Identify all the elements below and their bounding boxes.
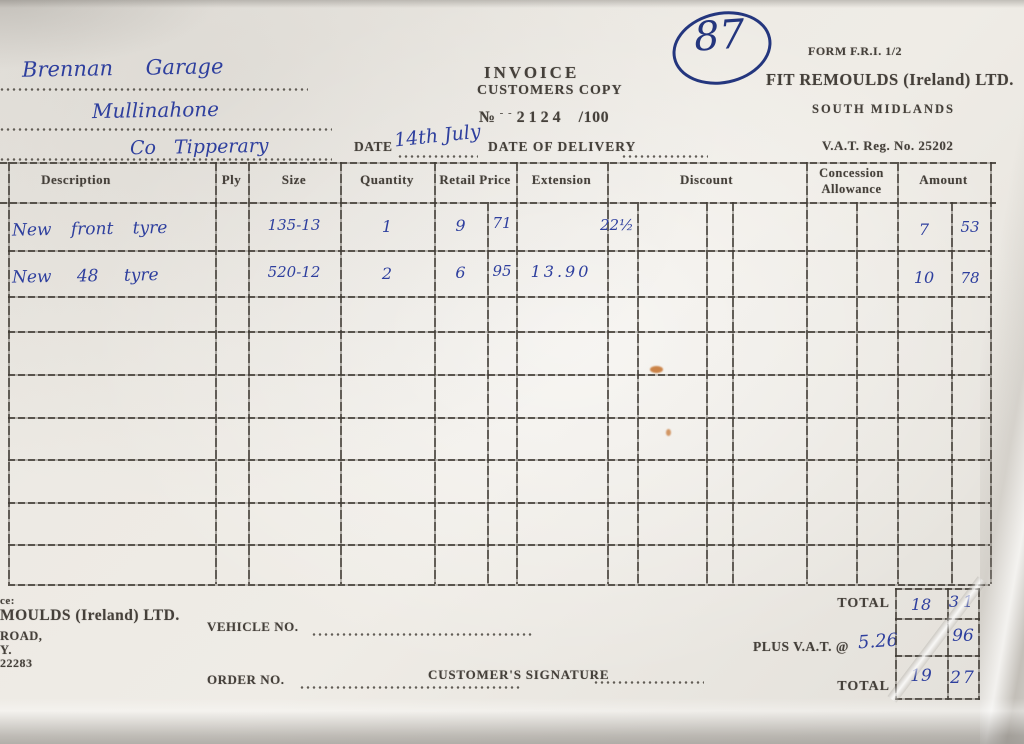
grand-total-pence: 27	[948, 668, 978, 688]
subtotal-label: TOTAL	[790, 596, 890, 612]
grand-total-label: TOTAL	[790, 679, 890, 695]
vehicle-no-ruled-line	[312, 633, 532, 636]
scanned-invoice-sheet: Brennan Garage Mullinahone Co Tipperary …	[0, 0, 1024, 744]
grid-line	[706, 202, 708, 584]
grid-line	[215, 162, 217, 584]
stain-mark	[650, 366, 663, 373]
grid-line	[8, 296, 990, 298]
grid-line	[8, 459, 990, 461]
grid-line	[0, 162, 996, 164]
copy-type-label: CUSTOMERS COPY	[477, 83, 623, 99]
delivery-date-label: DATE OF DELIVERY	[488, 139, 636, 155]
subtotal-pence: 31	[948, 592, 978, 611]
supplier-fragment-line: ce:	[0, 595, 15, 607]
supplier-fragment-line: MOULDS (Ireland) LTD.	[0, 607, 180, 625]
row2-size: 520-12	[250, 263, 338, 281]
col-header-concession-line1: Concession	[806, 166, 897, 181]
row2-amount-pence: 78	[951, 269, 989, 287]
grid-line	[895, 618, 980, 620]
customer-name-handwritten: Brennan Garage	[22, 54, 224, 82]
grid-line	[8, 544, 990, 546]
grid-line	[8, 250, 990, 252]
subtotal-pounds: 18	[898, 595, 944, 614]
row2-retail-pence: 95	[488, 262, 516, 280]
grid-line	[990, 162, 992, 584]
row1-quantity: 1	[342, 217, 432, 236]
ruled-line	[0, 128, 332, 131]
grid-line	[806, 162, 808, 584]
date-ruled-line	[398, 155, 478, 158]
grid-line	[637, 202, 639, 584]
col-header-discount: Discount	[607, 172, 806, 188]
row1-amount-pence: 53	[951, 218, 989, 236]
col-header-amount: Amount	[897, 172, 990, 188]
stamp-dashes: - -	[500, 107, 513, 119]
grid-line	[8, 374, 990, 376]
grid-line	[8, 162, 10, 584]
form-reference: FORM F.R.I. 1/2	[808, 44, 902, 59]
row1-retail-pounds: 9	[436, 216, 485, 235]
grid-line	[487, 202, 489, 584]
paper-edge-right	[980, 0, 1024, 744]
invoice-title: INVOICE	[484, 63, 579, 83]
vat-rate-handwritten: 5.26	[857, 630, 898, 654]
supplier-fragment-line: 22283	[0, 656, 33, 671]
grid-line	[895, 698, 980, 700]
date-label: DATE	[354, 139, 393, 155]
grid-line	[895, 588, 980, 590]
row2-description: New 48 tyre	[12, 264, 202, 287]
row2-retail-pounds: 6	[436, 263, 485, 282]
col-header-retail-price: Retail Price	[434, 172, 516, 188]
grid-line	[978, 588, 980, 700]
grid-line	[895, 588, 897, 700]
row2-extension: 13.90	[518, 262, 604, 281]
row1-size: 135-13	[250, 216, 338, 234]
grid-line	[951, 202, 953, 584]
supplier-region: SOUTH MIDLANDS	[812, 102, 955, 117]
row2-quantity: 2	[342, 264, 432, 283]
col-header-size: Size	[248, 172, 340, 188]
grid-line	[8, 584, 990, 586]
row2-amount-pounds: 10	[899, 268, 949, 287]
supplier-fragment-line: ROAD,	[0, 629, 42, 644]
plus-vat-label: PLUS V.A.T. @	[753, 639, 849, 655]
invoice-number-value: 2124	[517, 109, 565, 126]
invoice-number-suffix: /100	[579, 109, 609, 126]
grid-line	[8, 502, 990, 504]
grid-line	[0, 202, 996, 204]
grand-total-pounds: 19	[898, 666, 944, 686]
order-no-label: ORDER NO.	[207, 672, 284, 688]
delivery-date-ruled-line	[622, 155, 708, 158]
row1-description: New front tyre	[12, 217, 202, 240]
invoice-number-line: № - - 2124 /100	[479, 109, 609, 127]
ruled-line	[0, 158, 332, 161]
col-header-extension: Extension	[516, 172, 607, 188]
ruled-line	[0, 88, 308, 91]
row1-discount: 22½	[596, 216, 652, 234]
col-header-description: Description	[16, 172, 136, 188]
col-header-concession-line2: Allowance	[806, 182, 897, 197]
grid-line	[856, 202, 858, 584]
customer-address-line1-handwritten: Mullinahone	[92, 97, 219, 123]
vehicle-no-label: VEHICLE NO.	[207, 619, 298, 635]
vat-amount-pence: 96	[948, 626, 978, 646]
order-no-ruled-line	[300, 686, 522, 689]
customer-signature-ruled-line	[594, 681, 704, 684]
supplier-company-name: FIT REMOULDS (Ireland) LTD.	[766, 70, 1014, 90]
grid-line	[732, 202, 734, 584]
stain-mark	[666, 429, 671, 436]
invoice-number-label: №	[479, 109, 496, 126]
vat-registration: V.A.T. Reg. No. 25202	[822, 138, 953, 154]
grid-line	[8, 417, 990, 419]
customer-signature-label: CUSTOMER'S SIGNATURE	[428, 667, 609, 683]
paper-edge-top	[0, 0, 1024, 8]
col-header-quantity: Quantity	[340, 172, 434, 188]
grid-line	[8, 331, 990, 333]
customer-address-line2-handwritten: Co Tipperary	[130, 135, 269, 159]
grid-line	[516, 162, 518, 584]
date-value-handwritten: 14th July	[393, 121, 482, 152]
row1-amount-pounds: 7	[899, 220, 949, 239]
col-header-ply: Ply	[215, 172, 248, 188]
circled-number-value: 87	[693, 14, 747, 57]
paper-edge-bottom	[0, 698, 1024, 744]
grid-line	[895, 655, 980, 657]
row1-retail-pence: 71	[488, 214, 516, 232]
